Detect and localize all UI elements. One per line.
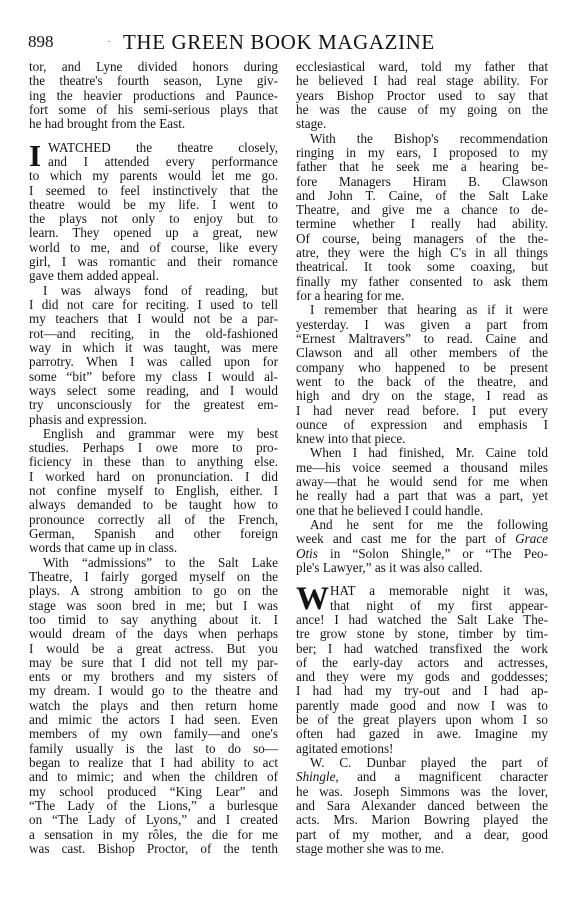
play-role-italic: Shingle,: [296, 769, 339, 784]
text-line: girl, I was romantic and their romance: [29, 255, 278, 269]
page-number: 898: [28, 32, 54, 52]
magazine-title: THE GREEN BOOK MAGAZINE: [123, 30, 435, 55]
text-line: acts. Mrs. Marion Bowring played the: [296, 813, 548, 827]
text-line: tre grow stone by stone, timber by tim-: [296, 627, 548, 641]
text-line: ents or my brothers and my sisters of: [29, 670, 278, 684]
text-line: went to the back of the theatre, and: [296, 375, 548, 389]
text-line: yesterday. I was given a part from: [296, 318, 548, 332]
paragraph: W. C. Dunbar played the part of Shingle,…: [296, 756, 548, 856]
paragraph: I was always fond of reading, but I did …: [29, 284, 278, 427]
text-line: I would be a great actress. But you: [29, 642, 278, 656]
text-line: high and dry on the stage, I read as: [296, 389, 548, 403]
drop-cap: W: [296, 585, 329, 613]
drop-cap: I: [29, 142, 41, 169]
play-role-italic: Otis: [296, 546, 318, 561]
text-line: my teachers that I would not be a par-: [29, 312, 278, 326]
text-line: termine whether I really had ability.: [296, 217, 548, 231]
text-line: try unconsciously for the greatest em-: [29, 398, 278, 412]
text-line: Shingle, and a magnificent character: [296, 770, 548, 784]
text-line: W. C. Dunbar played the part of: [296, 756, 548, 770]
text-line: watch the plays and then return home: [29, 699, 278, 713]
text-line: And he sent for me the following: [296, 518, 548, 532]
text-line: way in which it was taught, was mere: [29, 341, 278, 355]
text-line: a sensation in my rôles, the die for me: [29, 828, 278, 842]
text-line: and they were my gods and goddesses;: [296, 670, 548, 684]
text-line: plays. A strong ambition to go on the: [29, 584, 278, 598]
text-line: he believed I had real stage ability. Fo…: [296, 74, 548, 88]
text-line: Theatre, I fairly gorged myself on the: [29, 570, 278, 584]
header-dot: ·: [107, 34, 111, 49]
text-line: With “admissions” to the Salt Lake: [29, 556, 278, 570]
paragraph: When I had finished, Mr. Caine told me—h…: [296, 446, 548, 518]
text-line: that night of my first appear-: [296, 599, 548, 613]
text-line: years Bishop Proctor used to say that: [296, 89, 548, 103]
left-column: tor, and Lyne divided honors during the …: [29, 60, 278, 856]
text-line: he was. Joseph Simmons was the lover,: [296, 785, 548, 799]
text-line: “Ernest Maltravers” to read. Caine and: [296, 332, 548, 346]
text-line: Of course, being managers of the the-: [296, 232, 548, 246]
text-line: ple's Lawyer,” as it was also called.: [296, 561, 548, 575]
text-line: and John T. Caine, of the Salt Lake: [296, 189, 548, 203]
text-line: began to realize that I had ability to a…: [29, 756, 278, 770]
text-line: HAT a memorable night it was,: [296, 584, 548, 598]
paragraph-dropcap: W HAT a memorable night it was, that nig…: [296, 584, 548, 756]
text-line: ecclesiastical ward, told my father that: [296, 60, 548, 74]
text-line: ways select some reading, and I would: [29, 384, 278, 398]
text-line: I had never read before. I put every: [296, 404, 548, 418]
text-line: would dream of the days when perhaps: [29, 627, 278, 641]
text-line: company who happened to be present: [296, 361, 548, 375]
text-line: members of my own family—and one's: [29, 727, 278, 741]
text-line: theatre would be my life. I went to: [29, 198, 278, 212]
text-line: I was always fond of reading, but: [29, 284, 278, 298]
text-line: “The Lady of the Lions,” a burlesque: [29, 799, 278, 813]
text-line: part of my mother, and a dear, good: [296, 828, 548, 842]
paragraph: And he sent for me the following week an…: [296, 518, 548, 575]
text-line: stage was soon bred in me; but I was: [29, 599, 278, 613]
text-line: German, Spanish and other foreign: [29, 527, 278, 541]
text-line: WATCHED the theatre closely,: [29, 141, 278, 155]
text-line: I worked hard on pronunciation. I did: [29, 470, 278, 484]
text-line: ringing in my ears, I proposed to my: [296, 146, 548, 160]
text-line: I did not care for reciting. I used to t…: [29, 298, 278, 312]
text-line: my dream. I would go to the theatre and: [29, 684, 278, 698]
text-line: stage.: [296, 117, 548, 131]
text-line: father that he seek me a hearing be-: [296, 160, 548, 174]
text-line: stage mother she was to me.: [296, 842, 548, 856]
text-line: not confine myself to English, either. I: [29, 484, 278, 498]
text-line: atre, they were the high C's in all thin…: [296, 246, 548, 260]
text-line: learn. They opened up a great, new: [29, 226, 278, 240]
text-line: my school produced “King Lear” and: [29, 785, 278, 799]
text-line: and Sara Alexander danced between the: [296, 799, 548, 813]
text-line: the plays not only to enjoy but to: [29, 212, 278, 226]
text-line: be of the great players upon whom I so: [296, 713, 548, 727]
text-line: I remember that hearing as if it were: [296, 303, 548, 317]
text-line: often had gazed in awe. Imagine my: [296, 727, 548, 741]
text-line: was cast. Bishop Proctor, of the tenth: [29, 842, 278, 856]
text-line: me—his voice seemed a thousand miles: [296, 461, 548, 475]
text-line: too timid to say anything about it. I: [29, 613, 278, 627]
text-line: I had had my try-out and I had ap-: [296, 684, 548, 698]
text-line: away—that he would send for me when: [296, 475, 548, 489]
text-line: gave them added appeal.: [29, 269, 278, 283]
text-line: he really had a part that was a part, ye…: [296, 489, 548, 503]
running-header: 898 · THE GREEN BOOK MAGAZINE: [28, 30, 548, 56]
text-line: parently made good and now I was to: [296, 699, 548, 713]
text-line: rot—and reciting, in the old-fashioned: [29, 327, 278, 341]
text-line: ber; I had watched transfixed the work: [296, 642, 548, 656]
text-line: and mimic the actors I had seen. Even: [29, 713, 278, 727]
text-run: in “Solon Shingle,” or “The Peo-: [318, 546, 548, 561]
text-line: With the Bishop's recommendation: [296, 132, 548, 146]
text-line: agitated emotions!: [296, 742, 548, 756]
text-line: he had brought from the East.: [29, 117, 278, 131]
text-line: one that he believed I could handle.: [296, 504, 548, 518]
paragraph: With the Bishop's recommendation ringing…: [296, 132, 548, 304]
text-line: theatrical. It took some coaxing, but: [296, 260, 548, 274]
text-line: tor, and Lyne divided honors during: [29, 60, 278, 74]
text-line: finally my father consented to ask them: [296, 275, 548, 289]
text-line: ance! I had watched the Salt Lake The-: [296, 613, 548, 627]
text-line: knew into that piece.: [296, 432, 548, 446]
text-line: parrotry. When I was called upon for: [29, 355, 278, 369]
paragraph-dropcap: I WATCHED the theatre closely, and I att…: [29, 141, 278, 284]
text-line: ing the heavier productions and Paunce-: [29, 89, 278, 103]
text-line: When I had finished, Mr. Caine told: [296, 446, 548, 460]
text-line: week and cast me for the part of Grace: [296, 532, 548, 546]
text-line: on “The Lady of Lyons,” and I created: [29, 813, 278, 827]
text-line: for a hearing for me.: [296, 289, 548, 303]
paragraph: I remember that hearing as if it were ye…: [296, 303, 548, 446]
paragraph: English and grammar were my best studies…: [29, 427, 278, 556]
text-line: I seemed to feel instinctively that the: [29, 184, 278, 198]
text-line: he was the cause of my going on the: [296, 103, 548, 117]
text-line: fore Managers Hiram B. Clawson: [296, 175, 548, 189]
text-line: Clawson and all other members of the: [296, 346, 548, 360]
text-line: world to me, and of course, like every: [29, 241, 278, 255]
text-line: and to mimic; and when the children of: [29, 770, 278, 784]
text-line: ficiency in these than to anything else.: [29, 455, 278, 469]
text-line: always demanded to be taught how to: [29, 498, 278, 512]
text-line: pronounce correctly all of the French,: [29, 513, 278, 527]
text-line: family usually is the last to do so—: [29, 742, 278, 756]
text-line: ounce of expression and emphasis I: [296, 418, 548, 432]
text-line: may be sure that I did not tell my par-: [29, 656, 278, 670]
paragraph: With “admissions” to the Salt Lake Theat…: [29, 556, 278, 857]
paragraph: ecclesiastical ward, told my father that…: [296, 60, 548, 132]
text-line: Theatre, and give me a chance to de-: [296, 203, 548, 217]
text-line: words that came up in class.: [29, 541, 278, 555]
text-line: of the early-day actors and actresses,: [296, 656, 548, 670]
play-role-italic: Grace: [515, 531, 548, 546]
text-run: week and cast me for the part of: [296, 531, 515, 546]
text-line: English and grammar were my best: [29, 427, 278, 441]
text-line: Otis in “Solon Shingle,” or “The Peo-: [296, 547, 548, 561]
right-column: ecclesiastical ward, told my father that…: [296, 60, 548, 856]
paragraph: tor, and Lyne divided honors during the …: [29, 60, 278, 132]
text-line: studies. Perhaps I owe more to pro-: [29, 441, 278, 455]
text-line: to which my parents would let me go.: [29, 169, 278, 183]
text-line: some “bit” before my class I would al-: [29, 370, 278, 384]
text-line: phasis and expression.: [29, 413, 278, 427]
text-line: fort some of his semi-serious plays that: [29, 103, 278, 117]
text-line: the theatre's fourth season, Lyne giv-: [29, 74, 278, 88]
text-line: and I attended every performance: [29, 155, 278, 169]
text-run: and a magnificent character: [339, 769, 548, 784]
